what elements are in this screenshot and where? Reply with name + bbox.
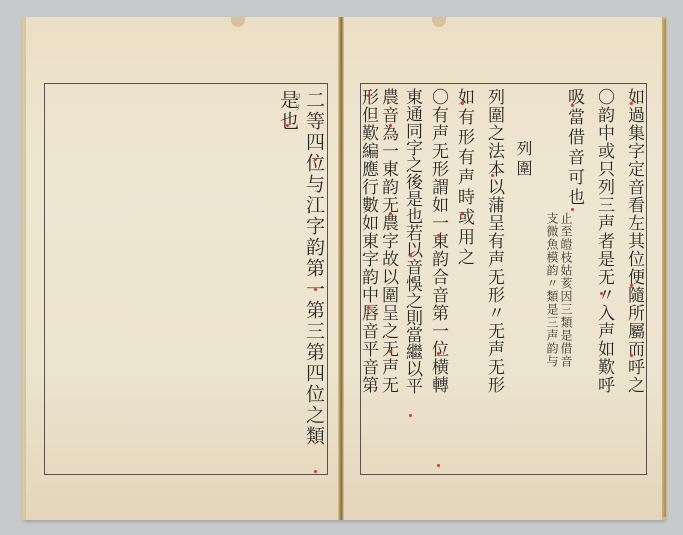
left-page-frame: 二等四位与江字韵第一第三第四位之類 是也 ヨリ bbox=[44, 83, 328, 475]
right-text-column-7: 東通同字之後是也若以音悞之則當繼以平 bbox=[402, 88, 422, 394]
left-text-column-1: 二等四位与江字韵第一第三第四位之類 bbox=[303, 90, 325, 447]
red-mark bbox=[389, 212, 392, 215]
right-text-column-9: 形但歎編應行數如東字韵中唇音平音第 bbox=[358, 88, 378, 394]
red-mark bbox=[491, 174, 494, 177]
right-page: 如過集字定音看左其位便隨所屬而呼之 〇韵中或只列三声者是无〃入声如歎呼 吸當借音… bbox=[344, 17, 667, 520]
right-text-column-1: 如過集字定音看左其位便隨所屬而呼之 bbox=[624, 88, 644, 394]
red-mark bbox=[409, 414, 412, 417]
right-annotation-column-2: 支微魚模韵〃類是三声韵与 bbox=[545, 212, 558, 368]
red-mark bbox=[409, 254, 412, 257]
right-text-column-3: 吸當借音可也 bbox=[564, 88, 584, 208]
red-mark bbox=[600, 292, 603, 295]
red-mark bbox=[314, 288, 317, 291]
right-page-frame: 如過集字定音看左其位便隨所屬而呼之 〇韵中或只列三声者是无〃入声如歎呼 吸當借音… bbox=[360, 83, 647, 475]
right-annotation-column-1: 止至皚枝姑荄因三類是借音 bbox=[559, 212, 572, 368]
red-mark bbox=[367, 94, 370, 97]
page-edges bbox=[662, 19, 666, 517]
red-mark bbox=[461, 212, 464, 215]
red-mark bbox=[630, 284, 633, 287]
left-page: 二等四位与江字韵第一第三第四位之類 是也 ヨリ bbox=[22, 17, 343, 520]
water-stain bbox=[231, 17, 245, 27]
red-mark bbox=[286, 124, 289, 127]
water-stain bbox=[432, 17, 446, 27]
open-book: 二等四位与江字韵第一第三第四位之類 是也 ヨリ 如過集字定音看左其位便隨所屬而呼… bbox=[22, 17, 665, 520]
right-text-column-6: 〇有声无形謂如一東韵合音第一位横轉 bbox=[428, 88, 448, 394]
red-mark bbox=[314, 158, 317, 161]
red-mark bbox=[437, 464, 440, 467]
reading-annotation: ヨリ bbox=[292, 92, 303, 114]
red-mark bbox=[630, 354, 633, 357]
right-text-column-2: 〇韵中或只列三声者是无〃入声如歎呼 bbox=[594, 88, 614, 394]
red-mark bbox=[571, 104, 574, 107]
red-mark bbox=[437, 352, 440, 355]
right-text-column-5: 如有形有声時或用之 bbox=[454, 88, 474, 268]
red-mark bbox=[389, 124, 392, 127]
red-mark bbox=[389, 350, 392, 353]
red-mark bbox=[461, 102, 464, 105]
red-mark bbox=[367, 306, 370, 309]
right-text-column-8: 農音為一東韵无農字故以圍呈之无声无 bbox=[378, 88, 398, 394]
right-heading-lieyu: 列圍 bbox=[512, 140, 534, 180]
red-mark bbox=[437, 234, 440, 237]
red-mark bbox=[571, 208, 574, 211]
red-mark bbox=[314, 470, 317, 473]
red-mark bbox=[630, 102, 633, 105]
right-text-column-4: 列圍之法本以蒲呈有声无形〃无声无形 bbox=[484, 88, 504, 394]
